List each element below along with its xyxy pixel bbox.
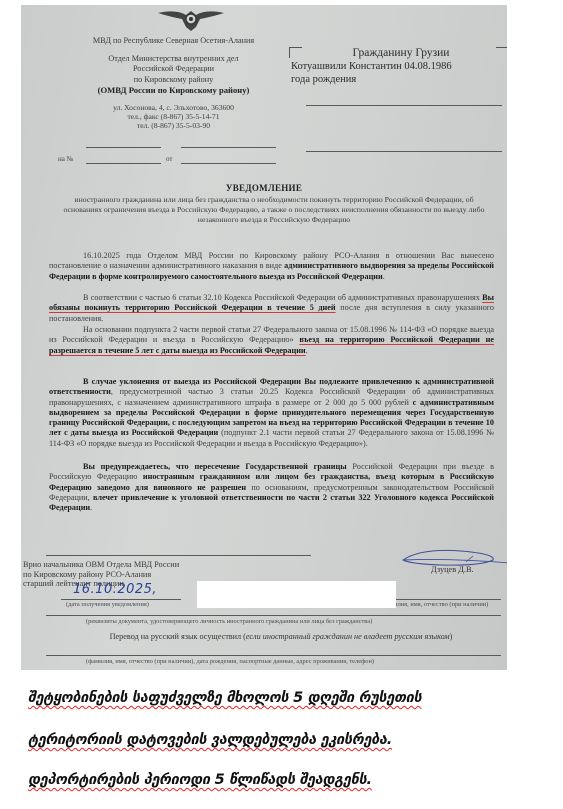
id-document-line: [46, 615, 501, 616]
recipient-birth: года рождения: [291, 73, 507, 86]
recipient-name: Котуашвили Константин 04.08.1986: [291, 60, 507, 73]
blank-line: [306, 151, 502, 152]
phone-line: тел. (8-867) 35-5-03-90: [56, 121, 291, 130]
department-line: Отдел Министерства внутренних дел: [56, 54, 291, 65]
caption-full-name: (фамилия, имя, отчество (при наличии): [381, 601, 488, 608]
reg-number-line: [86, 147, 161, 148]
paragraph-decision: 16.10.2025 года Отделом МВД России по Ки…: [49, 251, 494, 282]
handwritten-receipt-date: 16.10.2025,: [73, 582, 157, 597]
issuing-authority-block: МВД по Республике Северная Осетия-Алания…: [56, 36, 291, 130]
translation-statement: Перевод на русский язык осуществил (если…: [56, 632, 506, 641]
notice-subtitle: иностранного гражданина или лица без гра…: [59, 195, 489, 225]
reg-date-line: [181, 147, 276, 148]
eagle-emblem-icon: [156, 5, 226, 35]
ministry-name: МВД по Республике Северная Осетия-Алания: [56, 36, 291, 47]
caption-receipt-date: (дата получения уведомления): [66, 601, 149, 608]
address-line: ул. Хосонова, 4, с. Эльхотово, 363600: [56, 103, 291, 112]
georgian-note-line-3: დეპორტირების პერიოდი 5 წლიწადს შეადგენს.: [28, 772, 528, 788]
paragraph-entry-ban: На основании подпункта 2 части первой ст…: [49, 325, 494, 356]
notice-title: УВЕДОМЛЕНИЕ: [21, 183, 507, 193]
signer-name: Дзуцев Д.В.: [431, 565, 474, 574]
ref-number-field: [86, 163, 161, 164]
signature-separator: [46, 555, 311, 556]
ref-date-field: [181, 163, 276, 164]
paragraph-evasion: В случае уклонения от выезда из Российск…: [49, 377, 494, 449]
georgian-note-line-2: ტერიტორიის დატოვების ვალდებულება ეკისრებ…: [28, 732, 528, 748]
receipt-date-line: [61, 599, 181, 600]
paragraph-obligation: В соответствии с частью 6 статьи 32.10 К…: [49, 293, 494, 324]
department-line: Российской Федерации: [56, 64, 291, 75]
ref-date-label: от: [166, 155, 172, 163]
ref-number-label: на №: [58, 155, 73, 163]
document-photo: МВД по Республике Северная Осетия-Алания…: [21, 5, 507, 670]
georgian-note-line-1: შეტყობინების საფუძველზე მხოლოს 5 დღეში რ…: [28, 690, 528, 706]
recipient-title: Гражданину Грузии: [291, 47, 507, 60]
translator-line: [46, 655, 501, 656]
caption-translator: (фамилия, имя, отчество (при наличии), д…: [86, 658, 374, 665]
recipient-underline: [306, 105, 502, 106]
redaction-box: [197, 581, 396, 608]
recipient-block: Гражданину Грузии Котуашвили Константин …: [291, 47, 507, 86]
department-short-name: (ОМВД России по Кировскому району): [56, 85, 291, 96]
paragraph-warning: Вы предупреждаетесь, что пересечение Гос…: [49, 462, 494, 513]
phone-fax-line: тел., факс (8-867) 35-5-14-71: [56, 112, 291, 121]
department-line: по Кировскому району: [56, 75, 291, 86]
caption-id-document: (реквизиты документа, удостоверяющего ли…: [86, 618, 372, 625]
